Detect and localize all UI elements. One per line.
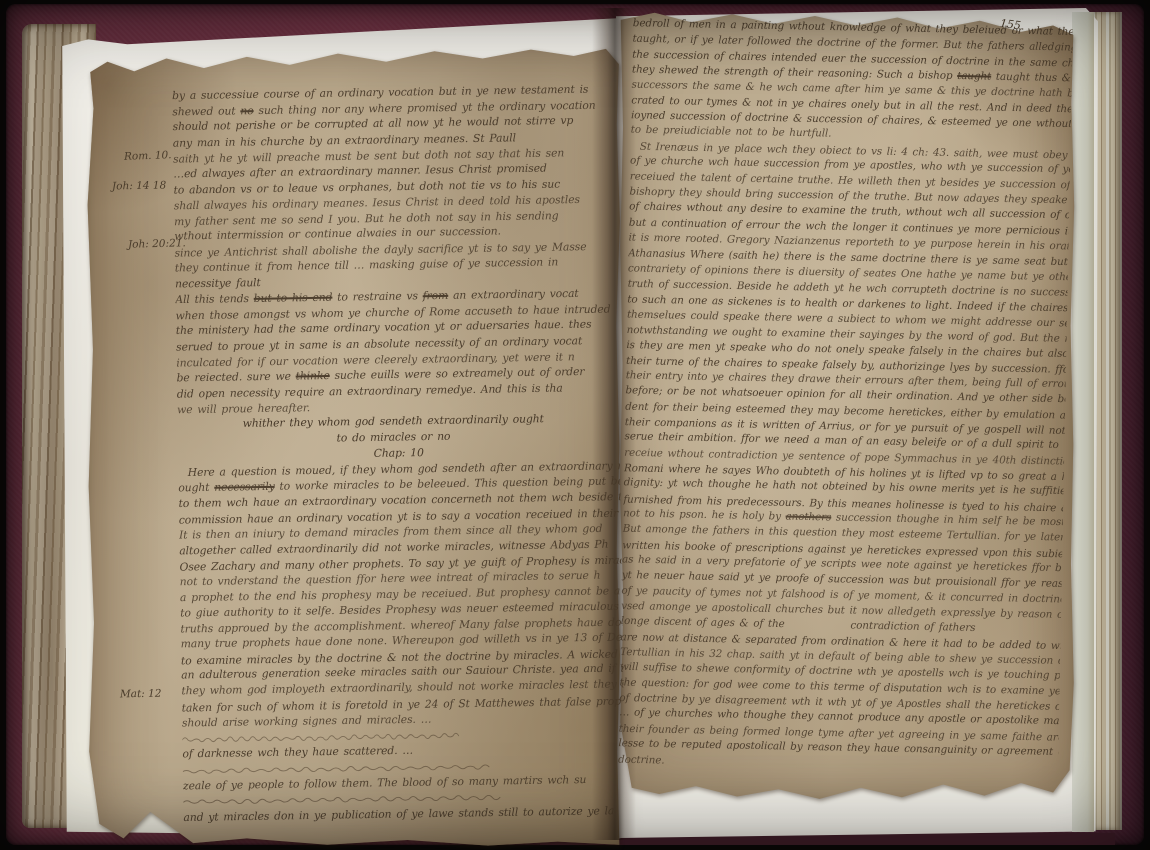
- left-page-paragraph-1: by a successiue course of an ordinary vo…: [172, 81, 617, 292]
- left-page-paragraph-2: All this tends but to his end to restrai…: [175, 285, 619, 417]
- left-page-text: by a successiue course of an ordinary vo…: [172, 81, 626, 844]
- margin-note-joh-14-18: Joh: 14 18: [112, 180, 166, 193]
- right-page-body: bedroll of men in a painting wthout know…: [618, 16, 1073, 777]
- margin-note-rom-10: Rom. 10.: [124, 149, 172, 163]
- left-page-paragraph-3: Here a question is moued, if they whom g…: [178, 458, 626, 826]
- right-page-text: bedroll of men in a painting wthout know…: [617, 16, 1073, 805]
- photograph-of-open-manuscript-book: by a successiue course of an ordinary vo…: [0, 0, 1150, 850]
- margin-note-joh-20-21: Joh: 20:21.: [128, 237, 186, 251]
- margin-note-mat-12: Mat: 12: [120, 688, 162, 701]
